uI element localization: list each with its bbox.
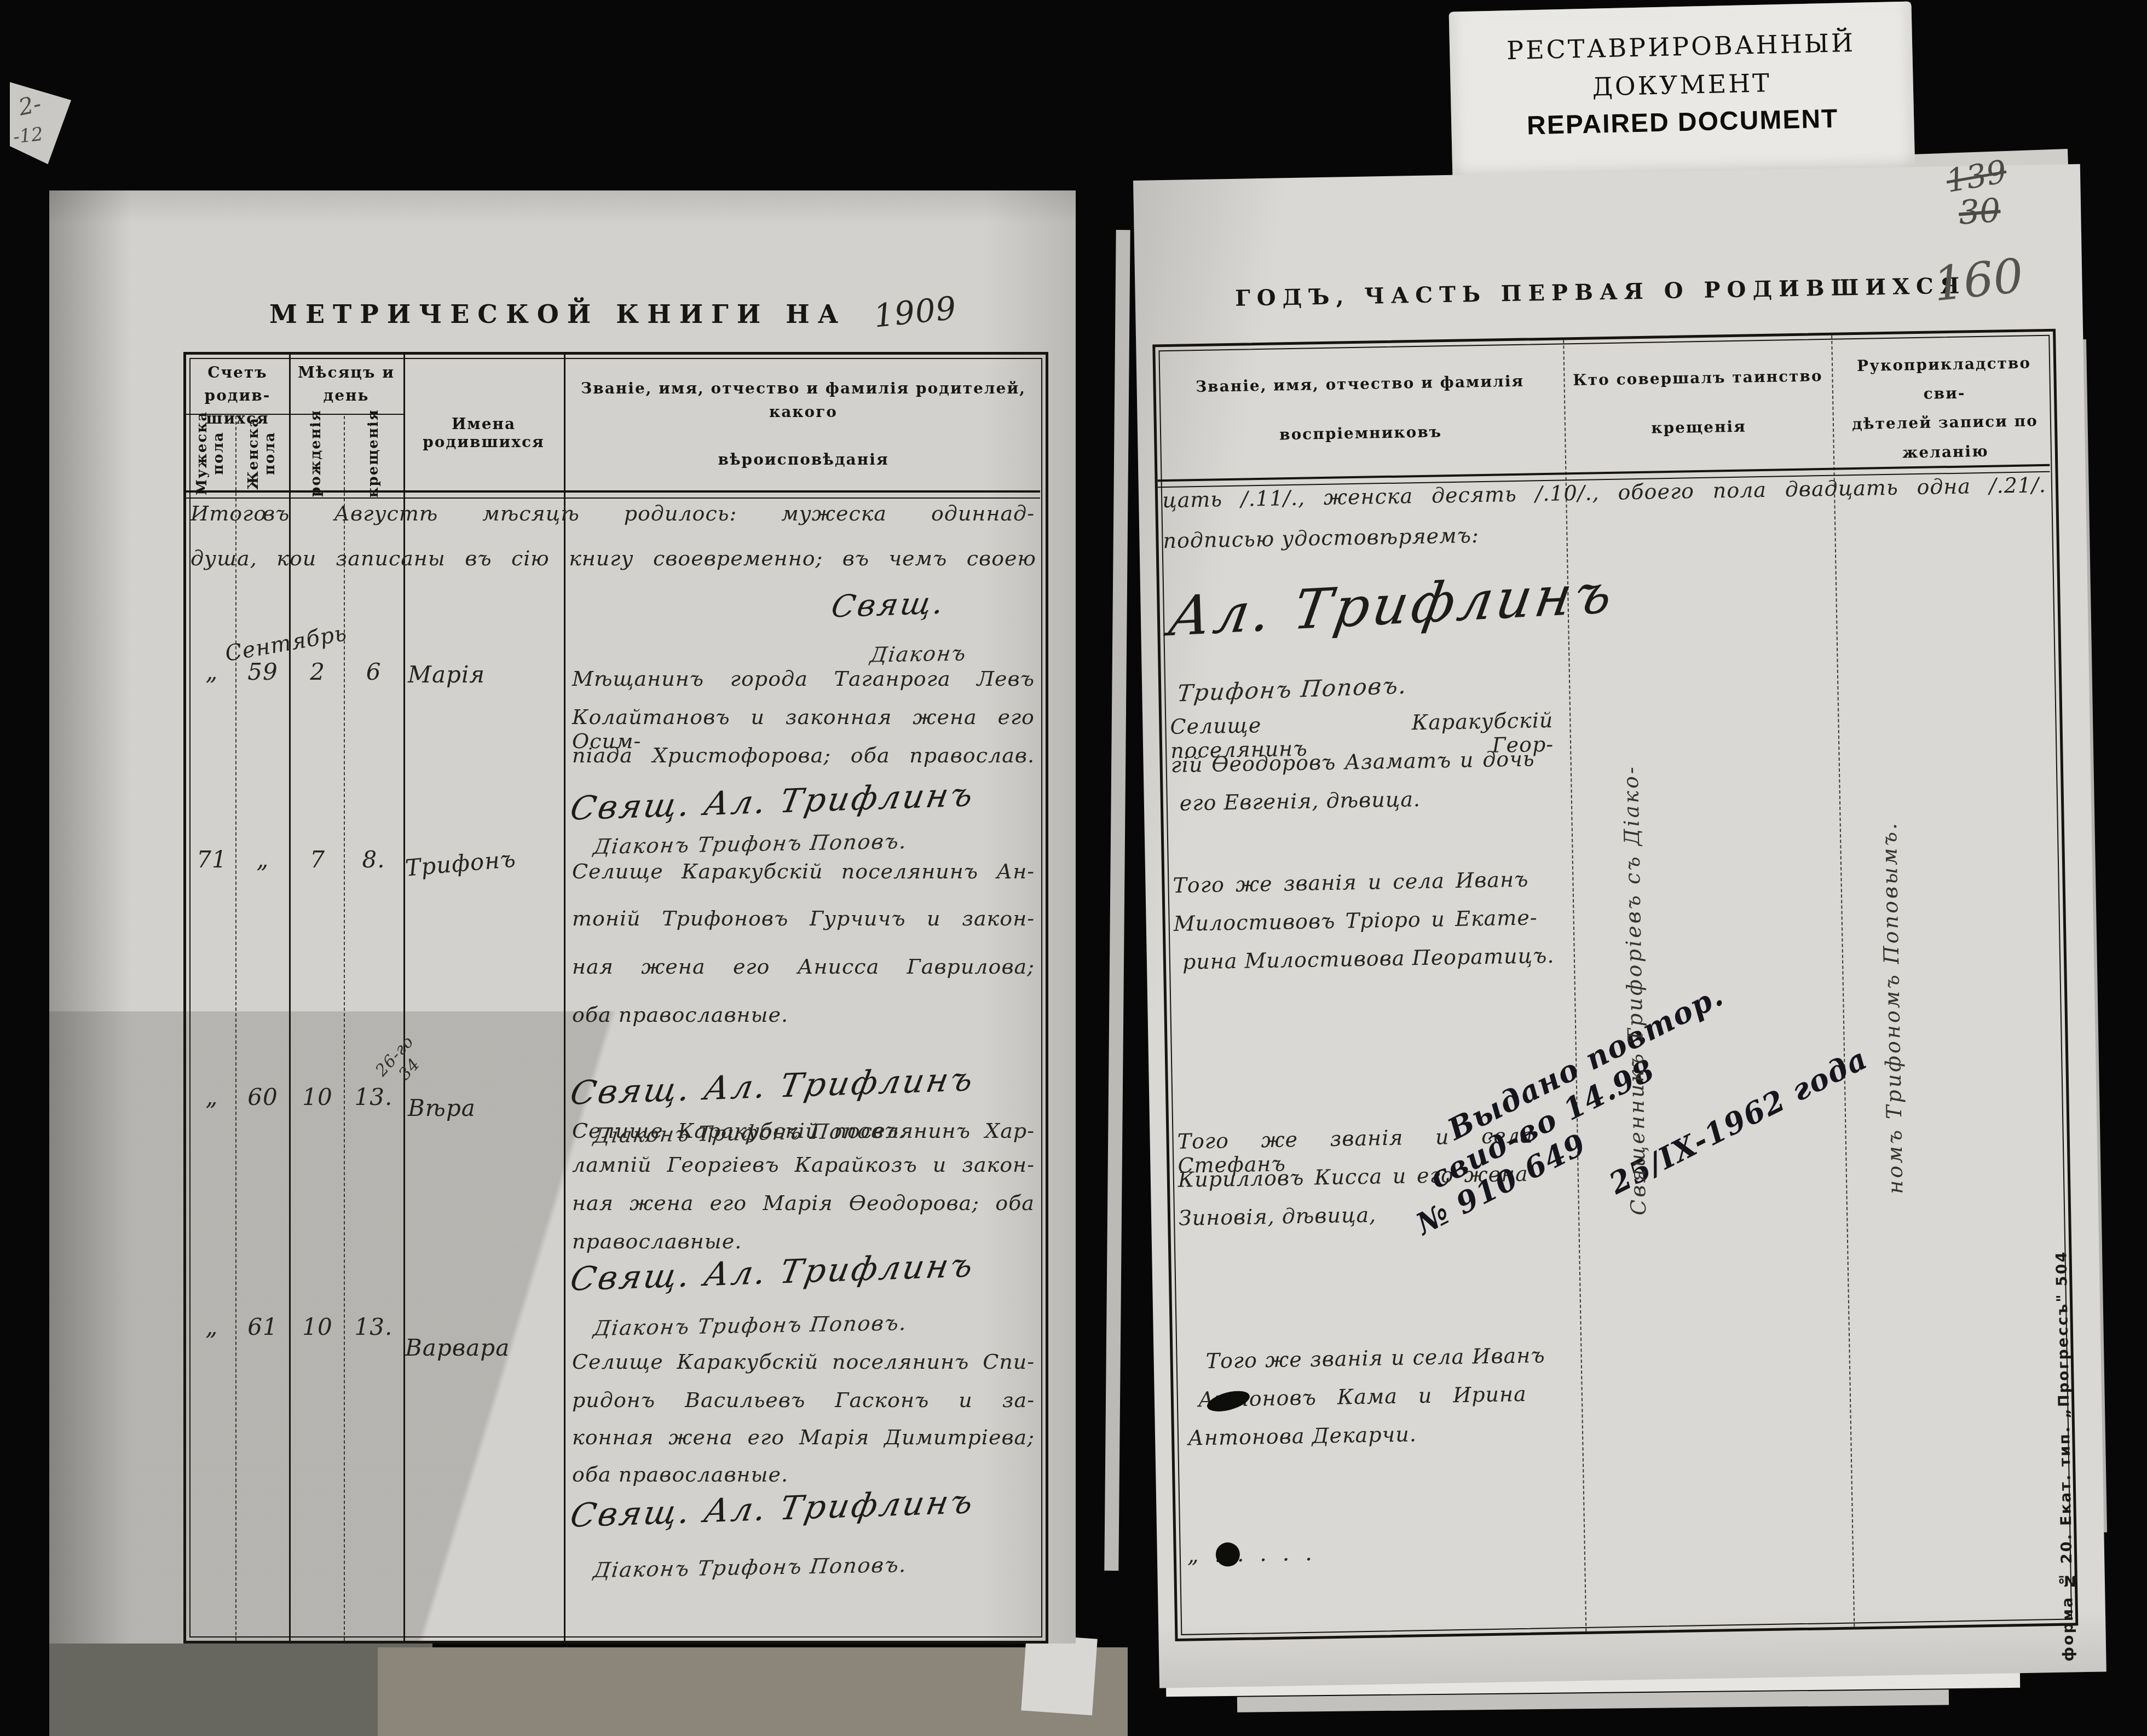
female-col-header: Женска пола <box>235 416 289 490</box>
born-col-header-text: рожденія <box>308 409 325 497</box>
row-born-day: 2 <box>293 658 342 685</box>
row-parents-line: православные. <box>572 1229 742 1253</box>
godparents-entry-line: Милостивовъ Тріоро и Екате- <box>1173 905 1538 936</box>
vertical-signature-deacon-text: номъ Трифономъ Поповымъ. <box>1877 821 1908 1194</box>
row-priest-signature: Свящ. Ал. Трифлинъ <box>567 1246 978 1299</box>
summary-itogo: Итого <box>191 501 267 525</box>
born-col-header: рожденія <box>289 416 344 490</box>
row-female-count: „ <box>238 846 287 873</box>
names-col-header: Имена родившихся <box>403 415 564 451</box>
row-baptized-day: 6 <box>348 658 400 685</box>
row-parents-line: тоній Трифоновъ Гурчичъ и закон- <box>572 906 1035 930</box>
parents-col-header: Званіе, имя, отчество и фамилія родителе… <box>564 377 1043 472</box>
row-deacon-signature: Діаконъ Трифонъ Поповъ. <box>592 1311 909 1340</box>
godparents-entry-line: Антонова Декарчи. <box>1188 1422 1417 1450</box>
row-parents-line: ридонъ Васильевъ Гасконъ и за- <box>572 1388 1035 1412</box>
female-col-header-text: Женска пола <box>246 416 279 490</box>
trailing-dots: „ . . . . . <box>1187 1541 1317 1568</box>
row-deacon-signature: Діаконъ Трифонъ Поповъ. <box>592 1553 909 1582</box>
right-page: ГОДЪ, ЧАСТЬ ПЕРВАЯ О РОДИВШИХСЯ Званіе, … <box>1133 164 2106 1688</box>
summary-signature-deacon: Діаконъ <box>869 641 968 667</box>
godparents-entry-line: Того же званія и села Иванъ <box>1205 1343 1545 1373</box>
row-priest-signature: Свящ. Ал. Трифлинъ <box>567 776 978 828</box>
summary-signature-priest: Свящ. <box>829 585 949 624</box>
ballpoint-note-1962: Выдано повтор. свид-во 14.98 № 910 649 <box>1379 977 1761 1241</box>
row-parents-line: оба православные. <box>572 1462 788 1486</box>
row-male-count: 71 <box>193 846 231 873</box>
month-group-header: Мѣсяцъ и день <box>289 361 403 407</box>
priest-col-header: Кто совершалъ таинство крещенія <box>1563 364 1833 442</box>
pencil-folio-30: 30 <box>1958 191 2002 232</box>
row-priest-signature: Свящ. Ал. Трифлинъ <box>567 1483 978 1535</box>
printer-imprint-text: форма № 20. Екат. тип. „Прогрессъ" 504 <box>2053 1251 2077 1662</box>
row-male-count: „ <box>193 1084 231 1110</box>
left-table: Счетъ родив- шихся Мѣсяцъ и день Мужеска… <box>183 352 1048 1644</box>
row-female-count: 60 <box>238 1084 287 1110</box>
row-parents-line: піада Христофорова; оба православ. <box>572 743 1035 767</box>
male-col-header: Мужеска пола <box>186 416 235 490</box>
row-male-count: „ <box>193 1313 231 1340</box>
vertical-signature-priest-text: Священникъ Трифоріевъ съ Діако- <box>1619 765 1650 1216</box>
under-paper-bottom-band <box>378 1647 1128 1736</box>
godparents-entry-line: Зиновія, дѣвица, <box>1179 1203 1377 1230</box>
row-baptized-day: 8. <box>348 846 400 873</box>
row-deacon-signature: Діаконъ Трифонъ Поповъ. <box>592 829 909 859</box>
summary-priest-signature-large: Ал. Трифлинъ <box>1164 562 1620 649</box>
col-rule-born-baptized <box>344 416 345 1641</box>
summary-deacon-signature: Трифонъ Поповъ. <box>1176 672 1409 707</box>
left-title-year-handwritten: 1909 <box>872 289 959 334</box>
row-female-count: 61 <box>238 1313 287 1340</box>
archival-scan: { "stamp": { "ru1": "РЕСТАВРИРОВАННЫЙ", … <box>0 0 2147 1736</box>
row-parents-line: лампій Георгіевъ Карайкозъ и закон- <box>572 1153 1035 1177</box>
row-child-name: Марія <box>408 661 485 688</box>
row-parents-line: ная жена его Марія Ѳеодорова; оба <box>572 1191 1035 1215</box>
under-paper-bottom-sliver <box>1021 1634 1097 1716</box>
row-born-day: 10 <box>293 1084 342 1110</box>
col-rule-male-female <box>235 416 236 1641</box>
godparents-col-header: Званіе, имя, отчество и фамилія воспріем… <box>1178 369 1543 449</box>
stamp-line-en: REPAIRED DOCUMENT <box>1451 102 1914 142</box>
row-parents-line: ная жена его Анисса Гаврилова; <box>572 954 1035 979</box>
col-rule-godparents-priest <box>1563 340 1586 1631</box>
row-parents-line: конная жена его Марія Димитріева; <box>572 1425 1035 1449</box>
left-page-title: МЕТРИЧЕСКОЙ КНИГИ НА 1909 <box>183 293 1043 331</box>
left-page: МЕТРИЧЕСКОЙ КНИГИ НА 1909 Счетъ родив- ш… <box>49 190 1076 1644</box>
col-rule-priest-witness <box>1831 335 1855 1627</box>
stamp-line-ru-2: ДОКУМЕНТ <box>1450 65 1913 105</box>
godparents-entry-line: его Евгенія, дѣвица. <box>1179 787 1421 815</box>
fragment-mark-b: -12 <box>12 123 44 148</box>
stamp-line-ru-1: РЕСТАВРИРОВАННЫЙ <box>1450 26 1913 66</box>
summary-line-1: въ Августѣ мѣсяцѣ родилось: мужеска один… <box>263 501 1035 525</box>
row-child-name: Трифонъ <box>404 845 517 881</box>
printer-imprint: форма № 20. Екат. тип. „Прогрессъ" 504 <box>2046 1259 2086 1653</box>
summary-line-2: душа, кои записаны въ сію книгу своеврем… <box>191 546 1036 570</box>
repaired-document-stamp: РЕСТАВРИРОВАННЫЙ ДОКУМЕНТ REPAIRED DOCUM… <box>1449 1 1915 182</box>
gutter-page-edge <box>1104 230 1130 1571</box>
row-born-day: 10 <box>293 1313 342 1340</box>
left-title-printed: МЕТРИЧЕСКОЙ КНИГИ НА <box>269 299 846 329</box>
summary-continuation-line-2: подписью удостовѣряемъ: <box>1163 523 1479 553</box>
right-page-title: ГОДЪ, ЧАСТЬ ПЕРВАЯ О РОДИВШИХСЯ <box>1151 271 2050 313</box>
row-parents-line: Мѣщанинъ города Таганрога Левъ <box>572 667 1035 691</box>
page-number-160: 160 <box>1931 248 2026 313</box>
row-male-count: „ <box>193 658 231 685</box>
vertical-signature-deacon: номъ Трифономъ Поповымъ. <box>1866 744 1919 1270</box>
witness-col-header: Рукоприкладство сви- дѣтелей записи по ж… <box>1834 348 2056 468</box>
baptized-col-header: крещенія <box>344 416 403 490</box>
row-child-name: Варвара <box>405 1334 510 1361</box>
godparents-entry-line: рина Милостивова Пеоратицъ. <box>1182 944 1555 974</box>
baptized-col-header-text: крещенія <box>366 409 382 497</box>
row-parents-line: Селище Каракубскій поселянинъ Спи- <box>572 1350 1035 1374</box>
godparents-entry-line: Того же званія и села Иванъ <box>1173 867 1529 898</box>
row-child-name: Вѣра <box>408 1095 476 1121</box>
right-table: Званіе, имя, отчество и фамилія воспріем… <box>1152 329 2078 1641</box>
male-col-header-text: Мужеска пола <box>194 411 227 495</box>
row-baptized-day: 13. <box>348 1313 400 1340</box>
row-female-count: 59 <box>238 658 287 685</box>
row-priest-signature: Свящ. Ал. Трифлинъ <box>567 1060 978 1113</box>
row-born-day: 7 <box>293 846 342 873</box>
vertical-signature-priest: Священникъ Трифоріевъ съ Діако- <box>1607 640 1663 1341</box>
row-parents-line: оба православные. <box>572 1003 788 1027</box>
row-parents-line: Селище Каракубскій поселянинъ Ан- <box>572 859 1035 883</box>
row-parents-line: Селище Каракубскій поселянинъ Хар- <box>572 1119 1035 1143</box>
